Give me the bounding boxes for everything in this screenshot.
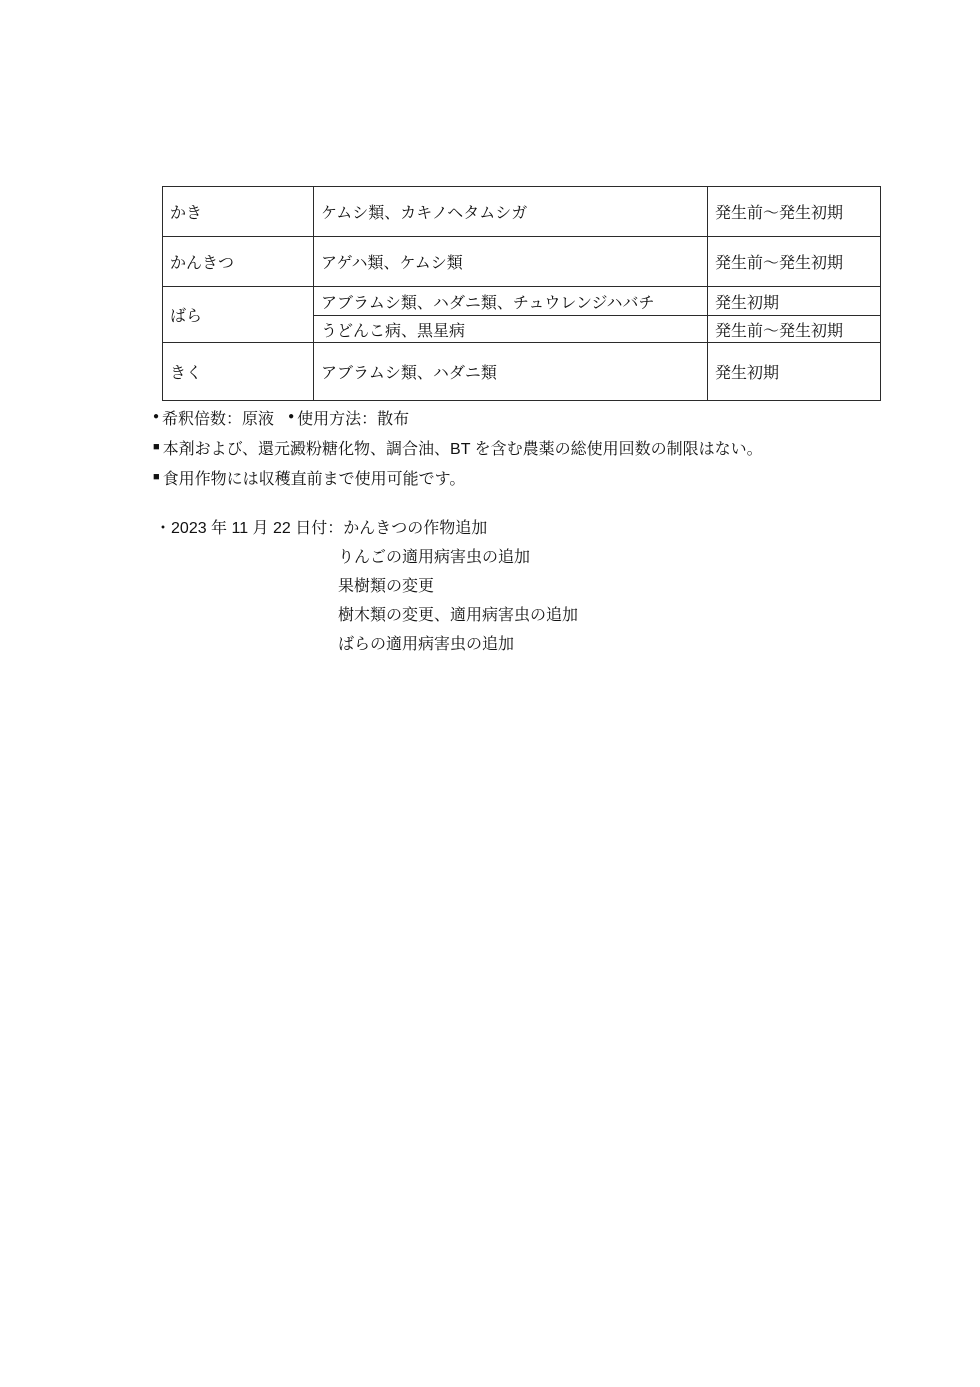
changelog-items: りんごの適用病害虫の追加 果樹類の変更 樹木類の変更、適用病害虫の追加 ばらの適… [338, 543, 578, 659]
pests-cell: ケムシ類、カキノヘタムシガ [314, 187, 708, 237]
note-line-dilution-method: ● 希釈倍数：原液 ● 使用方法：散布 [153, 402, 873, 432]
crop-cell: かんきつ [163, 237, 314, 287]
notes-section: ● 希釈倍数：原液 ● 使用方法：散布 ■ 本剤および、還元澱粉糖化物、調合油、… [153, 402, 873, 492]
crop-cell: かき [163, 187, 314, 237]
changelog-date: 2023 年 11 月 22 日付： [171, 520, 343, 537]
timing-cell: 発生初期 [708, 343, 881, 401]
changelog-item: ばらの適用病害虫の追加 [338, 630, 578, 659]
changelog-item: 果樹類の変更 [338, 572, 578, 601]
pests-cell: アブラムシ類、ハダニ類 [314, 343, 708, 401]
restriction-note: 本剤および、還元澱粉糖化物、調合油、BT を含む農薬の総使用回数の制限はない。 [163, 436, 763, 459]
timing-cell: 発生前〜発生初期 [708, 187, 881, 237]
changelog-item: 樹木類の変更、適用病害虫の追加 [338, 601, 578, 630]
table-row: きく アブラムシ類、ハダニ類 発生初期 [163, 343, 881, 401]
pests-cell: うどんこ病、黒星病 [314, 316, 708, 343]
table-row: ばら アブラムシ類、ハダニ類、チュウレンジハバチ 発生初期 [163, 287, 881, 316]
timing-cell: 発生前〜発生初期 [708, 237, 881, 287]
usage-table: かき ケムシ類、カキノヘタムシガ 発生前〜発生初期 かんきつ アゲハ類、ケムシ類… [162, 186, 881, 401]
note-line-restriction: ■ 本剤および、還元澱粉糖化物、調合油、BT を含む農薬の総使用回数の制限はない… [153, 432, 873, 462]
table-row: かんきつ アゲハ類、ケムシ類 発生前〜発生初期 [163, 237, 881, 287]
bullet-circle-icon: ● [288, 412, 294, 422]
table-row: かき ケムシ類、カキノヘタムシガ 発生前〜発生初期 [163, 187, 881, 237]
bullet-square-icon: ■ [153, 472, 160, 483]
changelog-marker: ・ [155, 520, 171, 537]
dilution-note: 希釈倍数：原液 [162, 406, 274, 429]
bullet-circle-icon: ● [153, 412, 159, 422]
timing-cell: 発生前〜発生初期 [708, 316, 881, 343]
pests-cell: アブラムシ類、ハダニ類、チュウレンジハバチ [314, 287, 708, 316]
edible-note: 食用作物には収穫直前まで使用可能です。 [163, 466, 466, 489]
crop-cell: きく [163, 343, 314, 401]
changelog-first-item: かんきつの作物追加 [343, 520, 487, 537]
changelog-date-line: ・2023 年 11 月 22 日付：かんきつの作物追加 [155, 514, 487, 543]
note-line-edible: ■ 食用作物には収穫直前まで使用可能です。 [153, 462, 873, 492]
crop-cell: ばら [163, 287, 314, 343]
method-note: 使用方法：散布 [297, 406, 409, 429]
timing-cell: 発生初期 [708, 287, 881, 316]
pests-cell: アゲハ類、ケムシ類 [314, 237, 708, 287]
document-page: かき ケムシ類、カキノヘタムシガ 発生前〜発生初期 かんきつ アゲハ類、ケムシ類… [0, 0, 980, 1387]
changelog-item: りんごの適用病害虫の追加 [338, 543, 578, 572]
bullet-square-icon: ■ [153, 442, 160, 453]
